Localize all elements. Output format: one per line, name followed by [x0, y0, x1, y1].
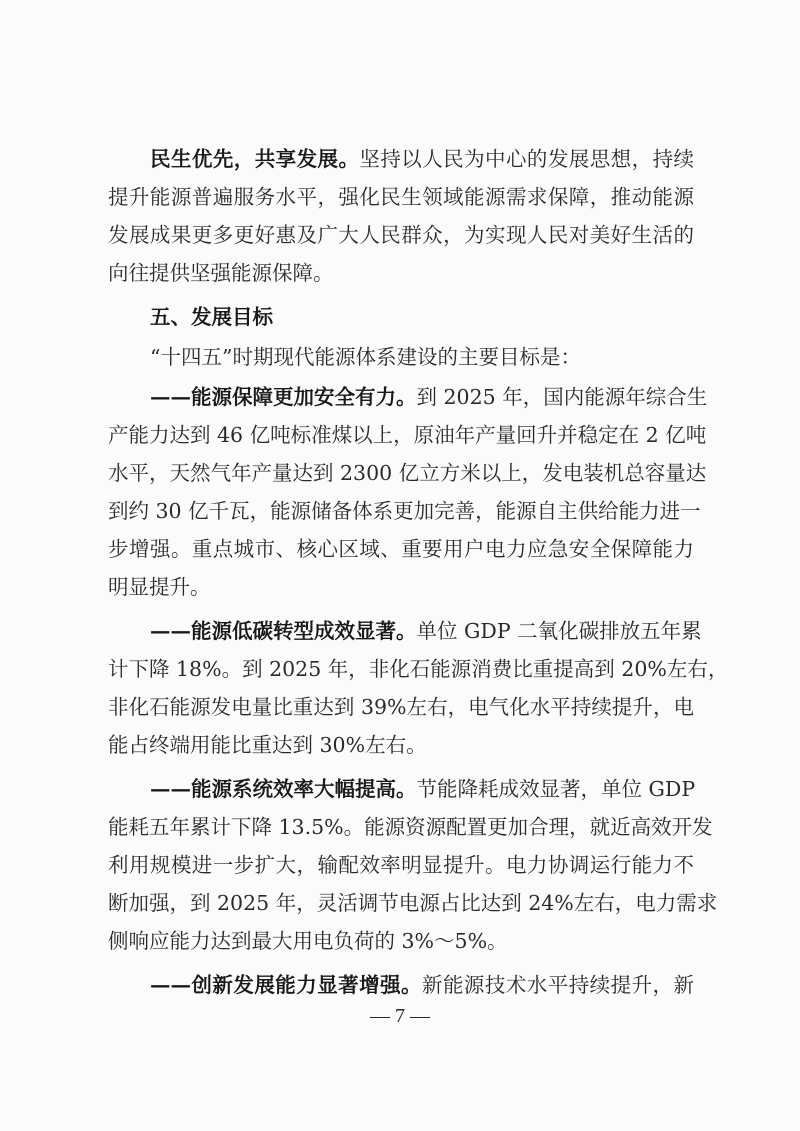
goal-line: 计下降 18%。到 2025 年，非化石能源消费比重提高到 20%左右， [108, 650, 694, 688]
paragraph-text: 坚持以人民为中心的发展思想，持续 [359, 147, 694, 171]
goal-lead: ——能源系统效率大幅提高。 [150, 777, 417, 801]
goal-text: 新能源技术水平持续提升，新 [422, 973, 694, 997]
goal-lead: ——创新发展能力显著增强。 [150, 973, 422, 997]
goal-line: ——创新发展能力显著增强。新能源技术水平持续提升，新 [108, 966, 694, 1004]
section-heading: 五、发展目标 [108, 298, 694, 336]
goal-line: 能占终端用能比重达到 30%左右。 [108, 726, 694, 764]
paragraph-line: 向往提供坚强能源保障。 [108, 254, 694, 292]
goal-line: ——能源保障更加安全有力。到 2025 年，国内能源年综合生 [108, 378, 694, 416]
paragraph-lead: 民生优先，共享发展。 [150, 147, 359, 171]
goal-line: 利用规模进一步扩大，输配效率明显提升。电力协调运行能力不 [108, 846, 694, 884]
goal-text: 到 2025 年，国内能源年综合生 [417, 385, 708, 409]
goal-line: 产能力达到 46 亿吨标准煤以上，原油年产量回升并稳定在 2 亿吨 [108, 416, 694, 454]
goal-line: 断加强，到 2025 年，灵活调节电源占比达到 24%左右，电力需求 [108, 884, 694, 922]
goal-line: 非化石能源发电量比重达到 39%左右，电气化水平持续提升，电 [108, 688, 694, 726]
paragraph-line: 发展成果更多更好惠及广大人民群众，为实现人民对美好生活的 [108, 216, 694, 254]
paragraph-line: 民生优先，共享发展。坚持以人民为中心的发展思想，持续 [108, 140, 694, 178]
goal-line: ——能源系统效率大幅提高。节能降耗成效显著，单位 GDP [108, 770, 694, 808]
goal-line: 明显提升。 [108, 568, 694, 606]
goal-line: 步增强。重点城市、核心区域、重要用户电力应急安全保障能力 [108, 530, 694, 568]
goal-lead: ——能源保障更加安全有力。 [150, 385, 417, 409]
goal-line: 能耗五年累计下降 13.5%。能源资源配置更加合理，就近高效开发 [108, 808, 694, 846]
paragraph-line: 提升能源普遍服务水平，强化民生领域能源需求保障，推动能源 [108, 178, 694, 216]
goal-text: 节能降耗成效显著，单位 GDP [417, 777, 696, 801]
goal-line: 水平，天然气年产量达到 2300 亿立方米以上，发电装机总容量达 [108, 454, 694, 492]
page-number: — 7 — [0, 1005, 800, 1028]
goal-line: ——能源低碳转型成效显著。单位 GDP 二氧化碳排放五年累 [108, 612, 694, 650]
goal-line: 侧响应能力达到最大用电负荷的 3%～5%。 [108, 922, 694, 960]
goal-text: 单位 GDP 二氧化碳排放五年累 [417, 619, 702, 643]
goal-line: 到约 30 亿千瓦，能源储备体系更加完善，能源自主供给能力进一 [108, 492, 694, 530]
goal-lead: ——能源低碳转型成效显著。 [150, 619, 417, 643]
intro-line: “十四五”时期现代能源体系建设的主要目标是： [108, 338, 694, 376]
